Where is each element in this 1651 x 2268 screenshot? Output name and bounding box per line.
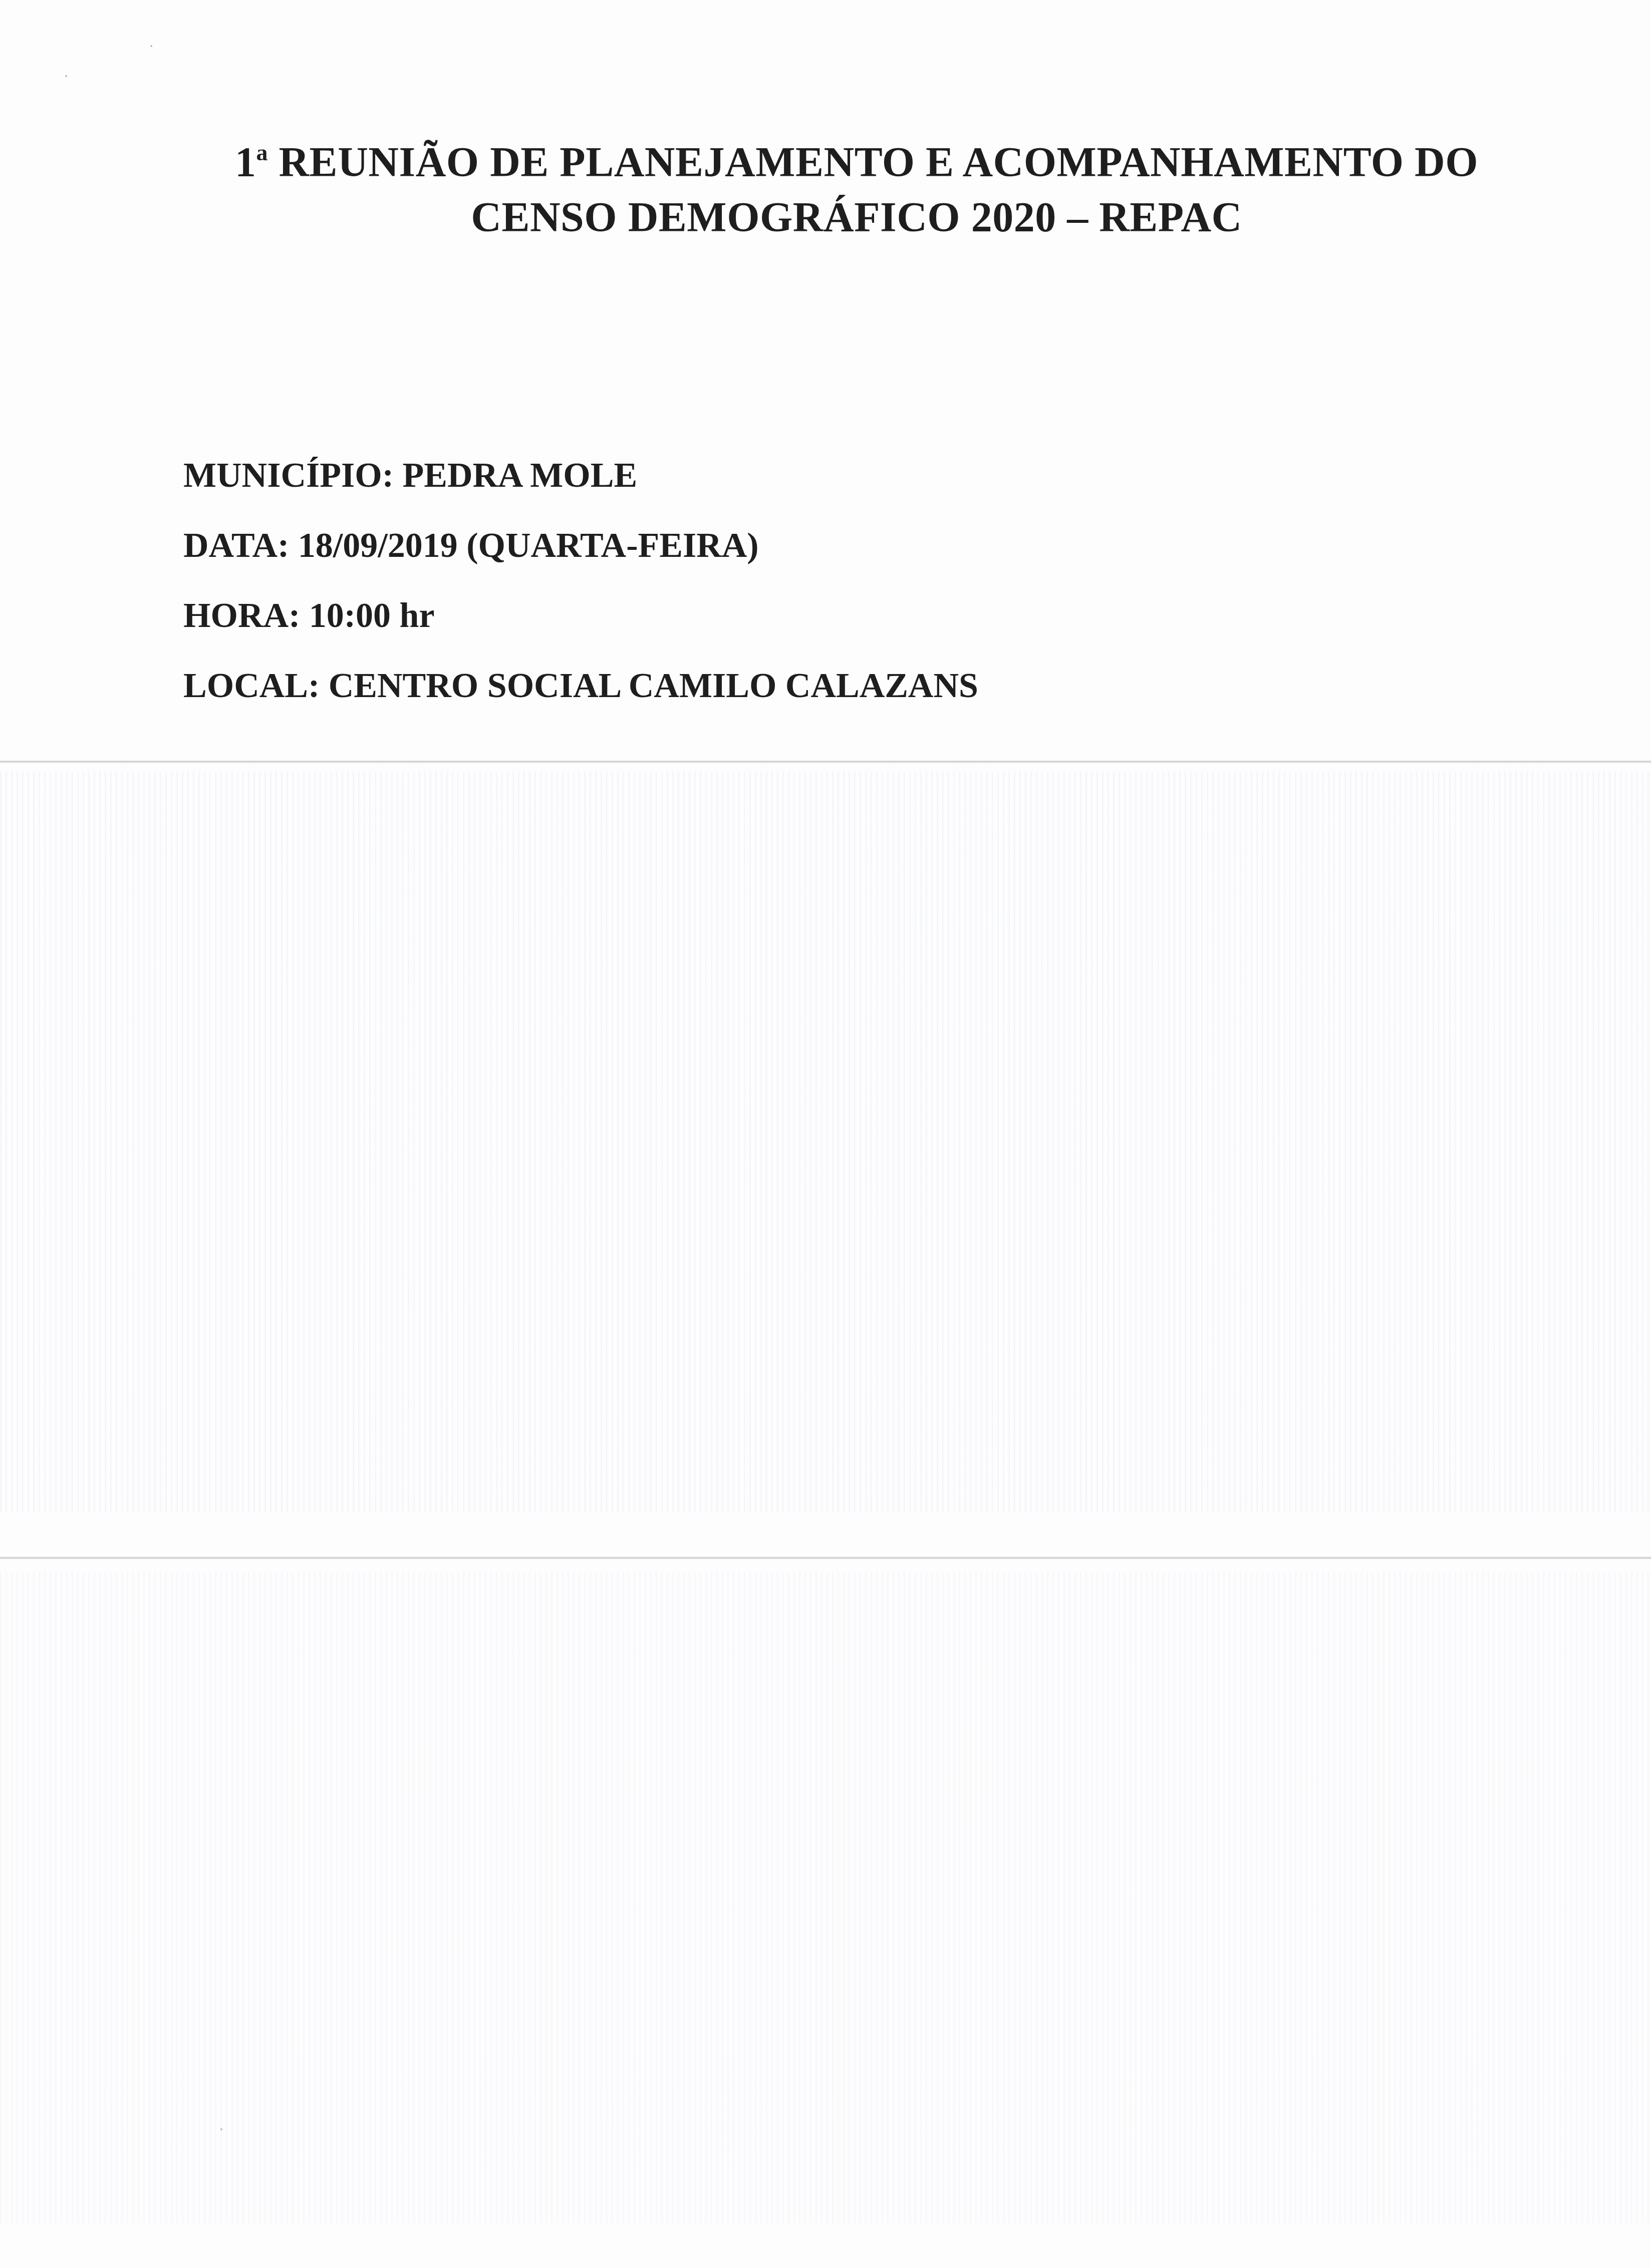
field-value: CENTRO SOCIAL CAMILO CALAZANS — [329, 667, 978, 705]
field-label: MUNICÍPIO: — [183, 456, 394, 495]
fold-line — [0, 1556, 1651, 1559]
bleed-through-band — [0, 1572, 1651, 2223]
title-ordinal-suffix: a — [256, 140, 268, 165]
bleed-through-band — [0, 771, 1651, 1512]
scan-speck — [220, 2128, 222, 2130]
field-value: PEDRA MOLE — [402, 456, 637, 495]
field-value: 10:00 hr — [309, 596, 435, 635]
meeting-details: MUNICÍPIO: PEDRA MOLE DATA: 18/09/2019 (… — [183, 441, 978, 721]
document-title: 1a REUNIÃO DE PLANEJAMENTO E ACOMPANHAME… — [165, 125, 1548, 245]
field-value: 18/09/2019 (QUARTA-FEIRA) — [298, 526, 759, 565]
scan-speck — [150, 45, 152, 47]
fold-line — [0, 760, 1651, 763]
title-line-1: 1a REUNIÃO DE PLANEJAMENTO E ACOMPANHAME… — [165, 125, 1548, 190]
field-data: DATA: 18/09/2019 (QUARTA-FEIRA) — [183, 511, 978, 581]
title-ordinal: 1 — [235, 139, 256, 186]
scan-speck — [65, 75, 67, 77]
field-municipio: MUNICÍPIO: PEDRA MOLE — [183, 441, 978, 511]
title-line-1-text: REUNIÃO DE PLANEJAMENTO E ACOMPANHAMENTO… — [268, 139, 1478, 186]
field-local: LOCAL: CENTRO SOCIAL CAMILO CALAZANS — [183, 651, 978, 721]
field-label: HORA: — [183, 596, 300, 635]
title-line-2: CENSO DEMOGRÁFICO 2020 – REPAC — [165, 190, 1548, 245]
field-hora: HORA: 10:00 hr — [183, 581, 978, 651]
field-label: DATA: — [183, 526, 289, 565]
field-label: LOCAL: — [183, 667, 320, 705]
